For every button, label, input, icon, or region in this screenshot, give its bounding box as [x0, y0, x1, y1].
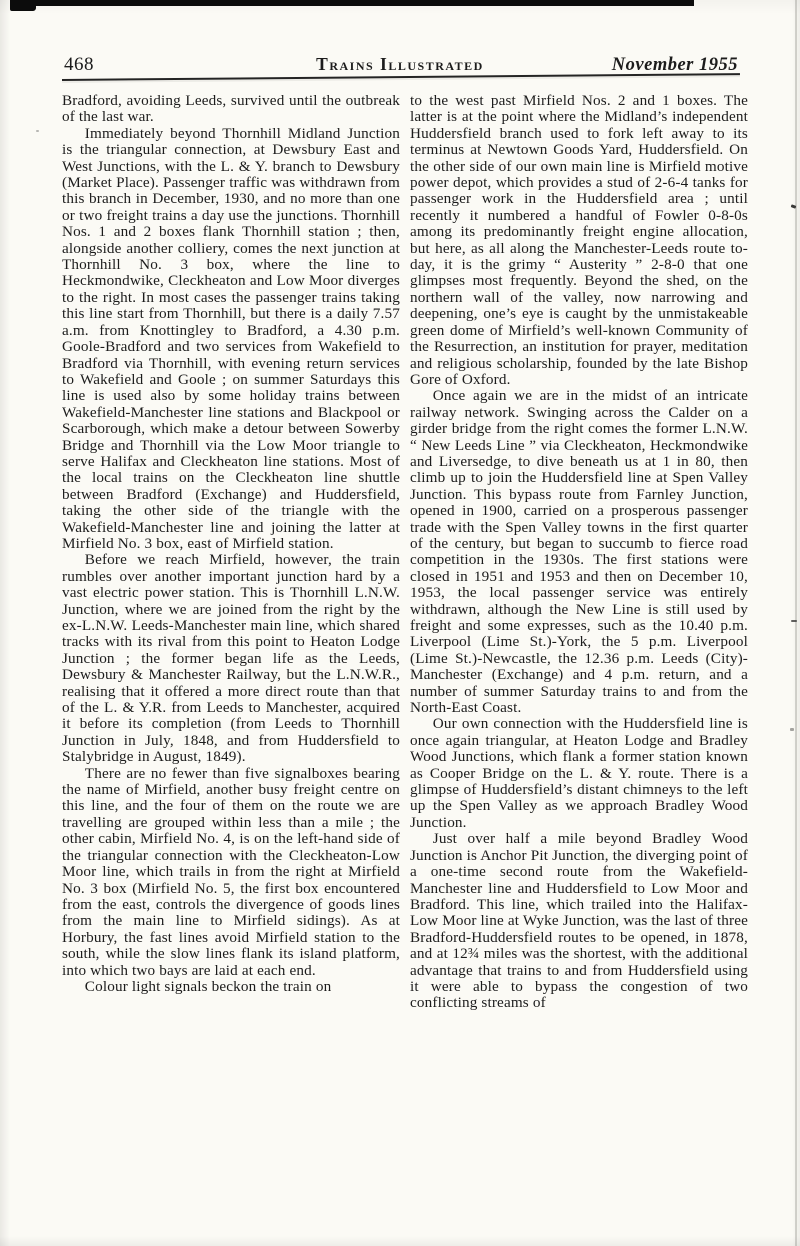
scan-artifact-top-bar	[10, 0, 694, 6]
scanned-page: 468 Trains Illustrated November 1955 Bra…	[0, 0, 800, 1246]
paragraph: Bradford, avoiding Leeds, survived until…	[62, 93, 400, 126]
paragraph: Immediately beyond Thornhill Midland Jun…	[62, 126, 400, 553]
paragraph: Just over half a mile beyond Bradley Woo…	[410, 831, 748, 1011]
scan-speck	[36, 130, 39, 132]
paragraph: Before we reach Mirfield, however, the t…	[62, 552, 400, 765]
paragraph: Colour light signals beckon the train on	[62, 979, 400, 995]
paragraph: Our own connection with the Huddersfield…	[410, 716, 748, 831]
paragraph: to the west past Mirfield Nos. 2 and 1 b…	[410, 93, 748, 388]
scan-speck	[791, 204, 797, 209]
paragraph: There are no fewer than five signalboxes…	[62, 766, 400, 979]
scan-artifact-right-edge	[795, 0, 797, 1246]
right-column: to the west past Mirfield Nos. 2 and 1 b…	[410, 93, 748, 1012]
left-column: Bradford, avoiding Leeds, survived until…	[62, 93, 400, 1012]
scan-speck	[790, 728, 794, 731]
paragraph: Once again we are in the midst of an int…	[410, 388, 748, 716]
scan-artifact-top-blob	[10, 0, 36, 11]
scan-speck	[791, 620, 797, 622]
page-header: 468 Trains Illustrated November 1955	[62, 52, 738, 76]
article-body: Bradford, avoiding Leeds, survived until…	[62, 93, 748, 1012]
